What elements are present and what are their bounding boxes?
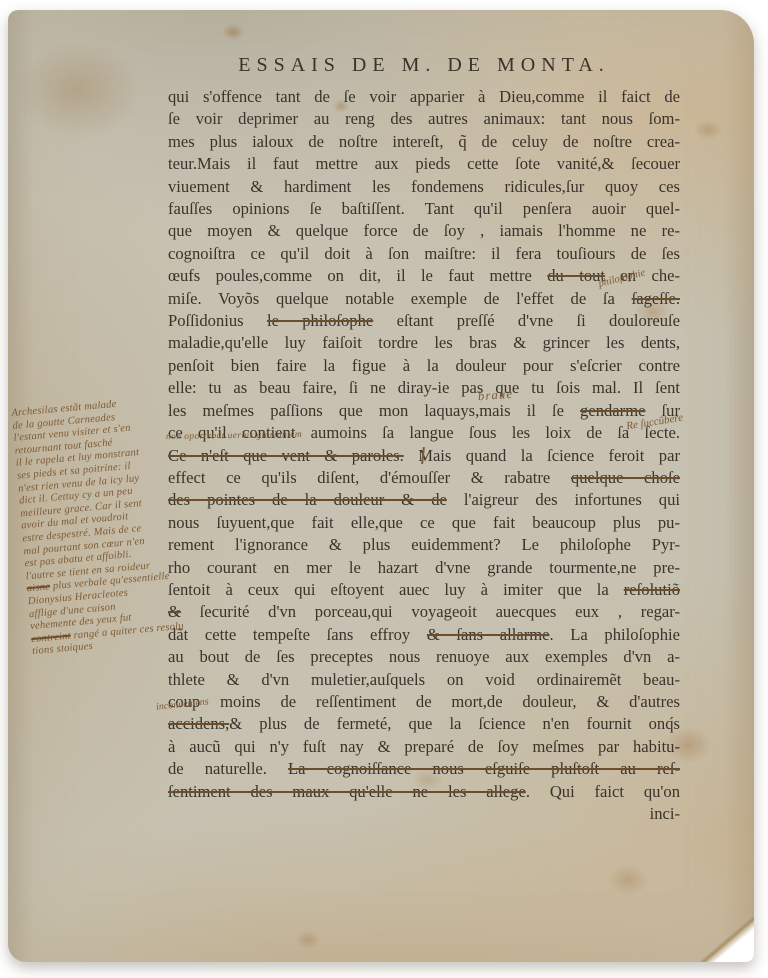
text-segment: fauſſes opinions ſe baſtiſſent. Tant qu'…: [168, 199, 680, 218]
text-line: des pointes de la douleur & de l'aigreur…: [168, 489, 680, 511]
text-line: maladie,qu'elle luy faiſoit tordre les b…: [168, 332, 680, 354]
text-segment: & plus de fermeté, que la ſcience n'en f…: [229, 714, 680, 733]
text-segment: . La philoſophie: [550, 625, 681, 644]
handwritten-correction-braue: braue: [478, 387, 514, 404]
text-line: les meſmes paſſions que mon laquays,mais…: [168, 400, 680, 422]
struck-text-segment: aisne: [26, 582, 50, 595]
text-line: ſe voir deprimer au reng des autres anim…: [168, 108, 680, 130]
text-segment: rho courant en mer le hazart d'vne grand…: [168, 558, 680, 577]
text-line: rement l'ignorance & plus euidemment? Le…: [168, 534, 680, 556]
text-line: accidens,& plus de fermeté, que la ſcien…: [168, 713, 680, 735]
text-line: de naturelle. La cognoiſſance nous eſgui…: [168, 758, 680, 780]
page-corner-curl: [701, 917, 754, 962]
struck-text-segment: gendarme: [580, 401, 645, 420]
catchword-row: inci-: [168, 803, 680, 827]
text-line: cognoiſtra ce qu'il doit à ſon maiſtre: …: [168, 243, 680, 265]
text-line: à aucũ qui n'y fuſt nay & preparé de ſoy…: [168, 736, 680, 758]
struck-text-segment: reſolutiõ: [624, 580, 680, 599]
text-segment: maladie,qu'elle luy faiſoit tordre les b…: [168, 333, 680, 352]
text-segment: ſecurité d'vn porceau,qui voyageoit auec…: [181, 602, 680, 621]
text-segment: rement l'ignorance & plus euidemment? Le…: [168, 535, 680, 554]
text-segment: nous ſuyuent,que fait elle,que ce que fa…: [168, 513, 680, 532]
text-segment: qui s'offence tant de ſe voir apparier à…: [168, 87, 680, 106]
struck-text-segment: ſageſſe.: [632, 289, 680, 308]
catchword: inci-: [168, 803, 680, 825]
struck-text-segment: accidens,: [168, 714, 229, 733]
text-segment: penſoit bien faire la figue à la douleur…: [168, 356, 680, 375]
text-segment: ſentoit à ceux qui eſtoyent auec luy à i…: [168, 580, 624, 599]
struck-text-segment: quelque choſe: [571, 468, 680, 487]
text-segment: ſe voir deprimer au reng des autres anim…: [168, 109, 680, 128]
text-segment: teur.Mais il faut mettre aux pieds cette…: [168, 154, 680, 173]
text-segment: au bout de ſes preceptes nous renuoye au…: [168, 647, 680, 666]
text-line: nous ſuyuent,que fait elle,que ce que fa…: [168, 512, 680, 534]
text-line: elle: tu as beau faire, ſi ne diray-ie p…: [168, 377, 680, 399]
text-line: Poſſidonius le philoſophe eſtant preſſé …: [168, 310, 680, 332]
text-line: ſentiment des maux qu'elle ne les allege…: [168, 781, 680, 803]
text-segment: mes plus ialoux de noſtre intereſt, q̃ d…: [168, 132, 680, 151]
struck-text-segment: le philoſophe: [267, 311, 373, 330]
text-segment: miſe. Voyõs quelque notable exemple de l…: [168, 289, 632, 308]
text-line: dãt cette tempeſte ſans effroy & ſans al…: [168, 624, 680, 646]
running-header: ESSAIS DE M. DE MONTA.: [168, 54, 680, 77]
text-line: coup moins de reſſentiment de mort,de do…: [168, 691, 680, 713]
text-segment: les meſmes paſſions que mon laquays,mais…: [168, 401, 580, 420]
struck-text-segment: & ſans allarme: [427, 625, 550, 644]
text-line: mes plus ialoux de noſtre intereſt, q̃ d…: [168, 131, 680, 153]
text-segment: de naturelle.: [168, 759, 288, 778]
text-segment: thlete & d'vn muletier,auſquels on void …: [168, 670, 680, 689]
text-segment: œufs poules,comme on dit, il le faut met…: [168, 266, 547, 285]
text-segment: Poſſidonius: [168, 311, 267, 330]
text-segment: Mais quand la ſcience feroit par: [404, 446, 680, 465]
book-page: ESSAIS DE M. DE MONTA. qui s'offence tan…: [8, 10, 754, 962]
text-line: que moyen & quelque force de ſoy , iamai…: [168, 220, 680, 242]
text-line: effect ce qu'ils diſent, d'émouſſer & ra…: [168, 467, 680, 489]
text-segment: viuement & hardiment les fondemens ridic…: [168, 177, 680, 196]
text-line: & ſecurité d'vn porceau,qui voyageoit au…: [168, 601, 680, 623]
text-line: ſentoit à ceux qui eſtoyent auec luy à i…: [168, 579, 680, 601]
text-segment: que moyen & quelque force de ſoy , iamai…: [168, 221, 680, 240]
struck-text-segment: ſentiment des maux qu'elle ne les allege: [168, 782, 526, 801]
text-segment: à aucũ qui n'y fuſt nay & preparé de ſoy…: [168, 737, 680, 756]
text-line: viuement & hardiment les fondemens ridic…: [168, 176, 680, 198]
text-segment: . Qui faict qu'on: [526, 782, 680, 801]
text-segment: cognoiſtra ce qu'il doit à ſon maiſtre: …: [168, 244, 680, 263]
text-line: penſoit bien faire la figue à la douleur…: [168, 355, 680, 377]
text-segment: coup moins de reſſentiment de mort,de do…: [168, 692, 680, 711]
struck-text-segment: des pointes de la douleur & de: [168, 490, 447, 509]
text-line: au bout de ſes preceptes nous renuoye au…: [168, 646, 680, 668]
scan-backdrop: { "document": { "header": "ESSAIS DE M. …: [0, 0, 768, 978]
text-line: teur.Mais il faut mettre aux pieds cette…: [168, 153, 680, 175]
text-segment: elle: tu as beau faire, ſi ne diray-ie p…: [168, 378, 680, 397]
text-line: rho courant en mer le hazart d'vne grand…: [168, 557, 680, 579]
struck-text-segment: Ce n'eſt que vent & paroles.: [168, 446, 404, 465]
text-line: miſe. Voyõs quelque notable exemple de l…: [168, 288, 680, 310]
text-segment: effect ce qu'ils diſent, d'émouſſer & ra…: [168, 468, 571, 487]
text-line: fauſſes opinions ſe baſtiſſent. Tant qu'…: [168, 198, 680, 220]
struck-text-segment: du tout: [547, 266, 605, 285]
struck-text-segment: La cognoiſſance nous eſguiſe pluſtoſt au…: [288, 759, 680, 778]
printed-text-block: qui s'offence tant de ſe voir apparier à…: [168, 86, 680, 803]
text-segment: eſtant preſſé d'vne ſi douloreuſe: [373, 311, 680, 330]
text-line: thlete & d'vn muletier,auſquels on void …: [168, 669, 680, 691]
text-segment: l'aigreur des infortunes qui: [447, 490, 680, 509]
text-line: qui s'offence tant de ſe voir apparier à…: [168, 86, 680, 108]
